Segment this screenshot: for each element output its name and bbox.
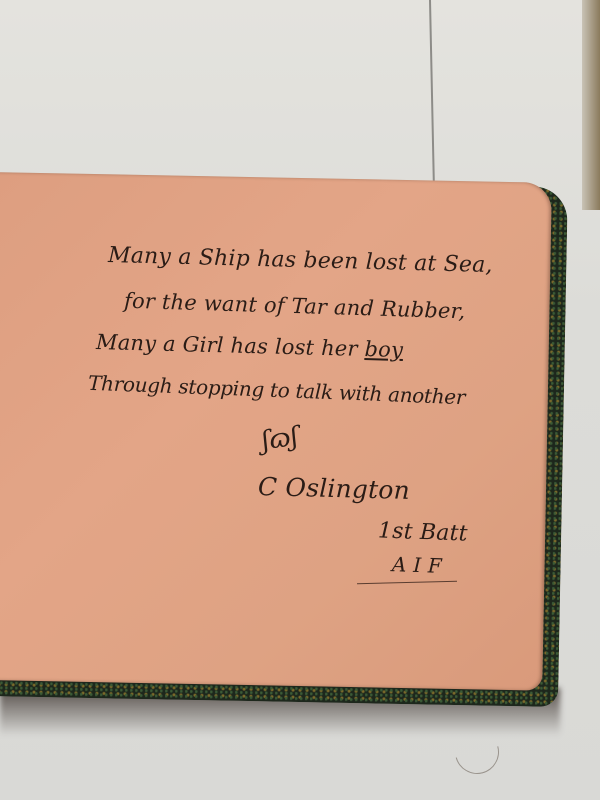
paper-crease — [429, 0, 435, 185]
signature-unit: 1st Batt — [378, 518, 469, 546]
pen-flourish: ʃɷʃ — [260, 422, 300, 457]
signature-name: C Oslington — [258, 472, 411, 505]
table-edge — [582, 0, 600, 210]
signature-force: A I F — [392, 552, 443, 578]
verse-underlined-word: boy — [364, 337, 403, 362]
